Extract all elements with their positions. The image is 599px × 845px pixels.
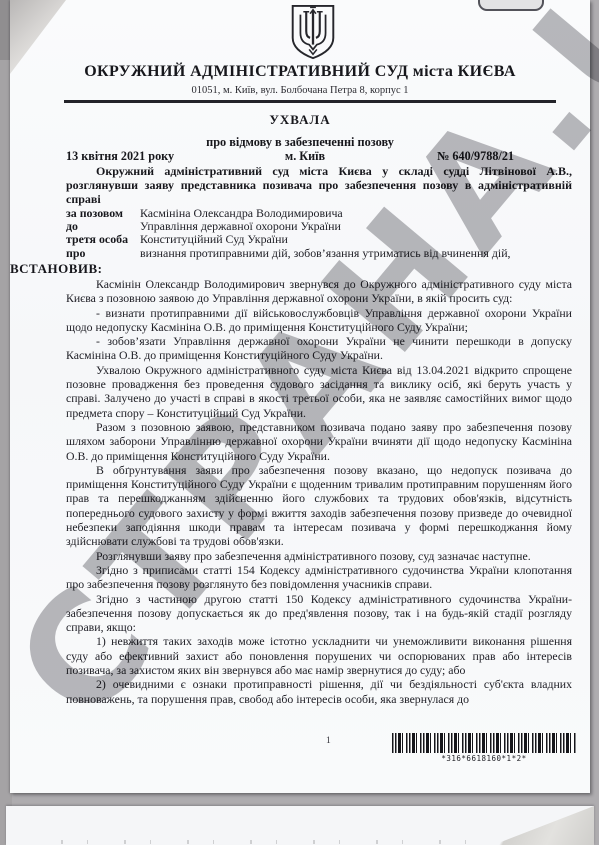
party-label: про	[66, 247, 140, 260]
ruling-date: 13 квітня 2021 року	[66, 149, 255, 164]
parties-block: за позовом Касмініна Олександра Володими…	[66, 207, 572, 260]
body-paragraph: - зобов’язати Управління державної охоро…	[66, 334, 572, 363]
body-paragraph: Згідно з приписами статті 154 Кодексу ад…	[66, 563, 572, 592]
barcode	[392, 733, 576, 753]
party-row-subject: про визнання протиправними дій, зобов’яз…	[66, 247, 572, 260]
body-paragraph: 2) очевидними є ознаки протиправності рі…	[66, 677, 572, 706]
header-divider	[64, 100, 556, 103]
intro-paragraph: Окружний адміністративний суд міста Києв…	[66, 164, 572, 206]
court-name: ОКРУЖНИЙ АДМІНІСТРАТИВНИЙ СУД міста КИЄВ…	[10, 63, 590, 81]
party-row-third-party: третя особа Конституційний Суд України	[66, 233, 572, 246]
page-number: 1	[326, 736, 331, 746]
party-label: третя особа	[66, 233, 140, 246]
ukraine-trident-emblem-icon	[282, 4, 344, 67]
case-number: № 640/9788/21	[325, 149, 572, 164]
body-paragraph: Згідно з частиною другою статті 150 Коде…	[66, 592, 572, 635]
body-paragraph: Ухвалою Окружного адміністративного суду…	[66, 363, 572, 420]
barcode-caption: *316*6618160*1*2*	[392, 754, 576, 763]
court-ruling-page-2-edge	[6, 806, 594, 845]
ruling-city: м. Київ	[285, 149, 325, 164]
scanned-photo: ОКРУЖНИЙ АДМІНІСТРАТИВНИЙ СУД міста КИЄВ…	[0, 0, 599, 845]
body-paragraph: Разом з позовною заявою, представником п…	[66, 420, 572, 463]
barcode-block: *316*6618160*1*2*	[392, 733, 576, 763]
body-paragraph: Розглянувши заяву про забезпечення адмін…	[66, 549, 572, 563]
established-heading: ВСТАНОВИВ:	[10, 261, 590, 277]
body-paragraph: 1) невжиття таких заходів може істотно у…	[66, 634, 572, 677]
party-value: Конституційний Суд України	[140, 233, 572, 246]
case-meta-line: 13 квітня 2021 року м. Київ № 640/9788/2…	[66, 149, 572, 164]
document-title: УХВАЛА	[10, 112, 590, 128]
faint-text-edge	[61, 840, 481, 844]
document-subtitle: про відмову в забезпеченні позову	[10, 135, 590, 150]
party-value: визнання протиправними дій, зобов’язання…	[140, 247, 572, 260]
body-paragraph: В обґрунтування заяви про забезпечення п…	[66, 463, 572, 549]
body-paragraph: - визнати протиправними дії військовослу…	[66, 306, 572, 335]
court-ruling-page-1: ОКРУЖНИЙ АДМІНІСТРАТИВНИЙ СУД міста КИЄВ…	[10, 0, 590, 793]
stamp-outline	[478, 0, 544, 11]
ruling-body-text: Касмінін Олександр Володимирович звернув…	[66, 277, 572, 739]
body-paragraph: Касмінін Олександр Володимирович звернув…	[66, 277, 572, 306]
court-address: 01051, м. Київ, вул. Болбочана Петра 8, …	[10, 85, 590, 96]
